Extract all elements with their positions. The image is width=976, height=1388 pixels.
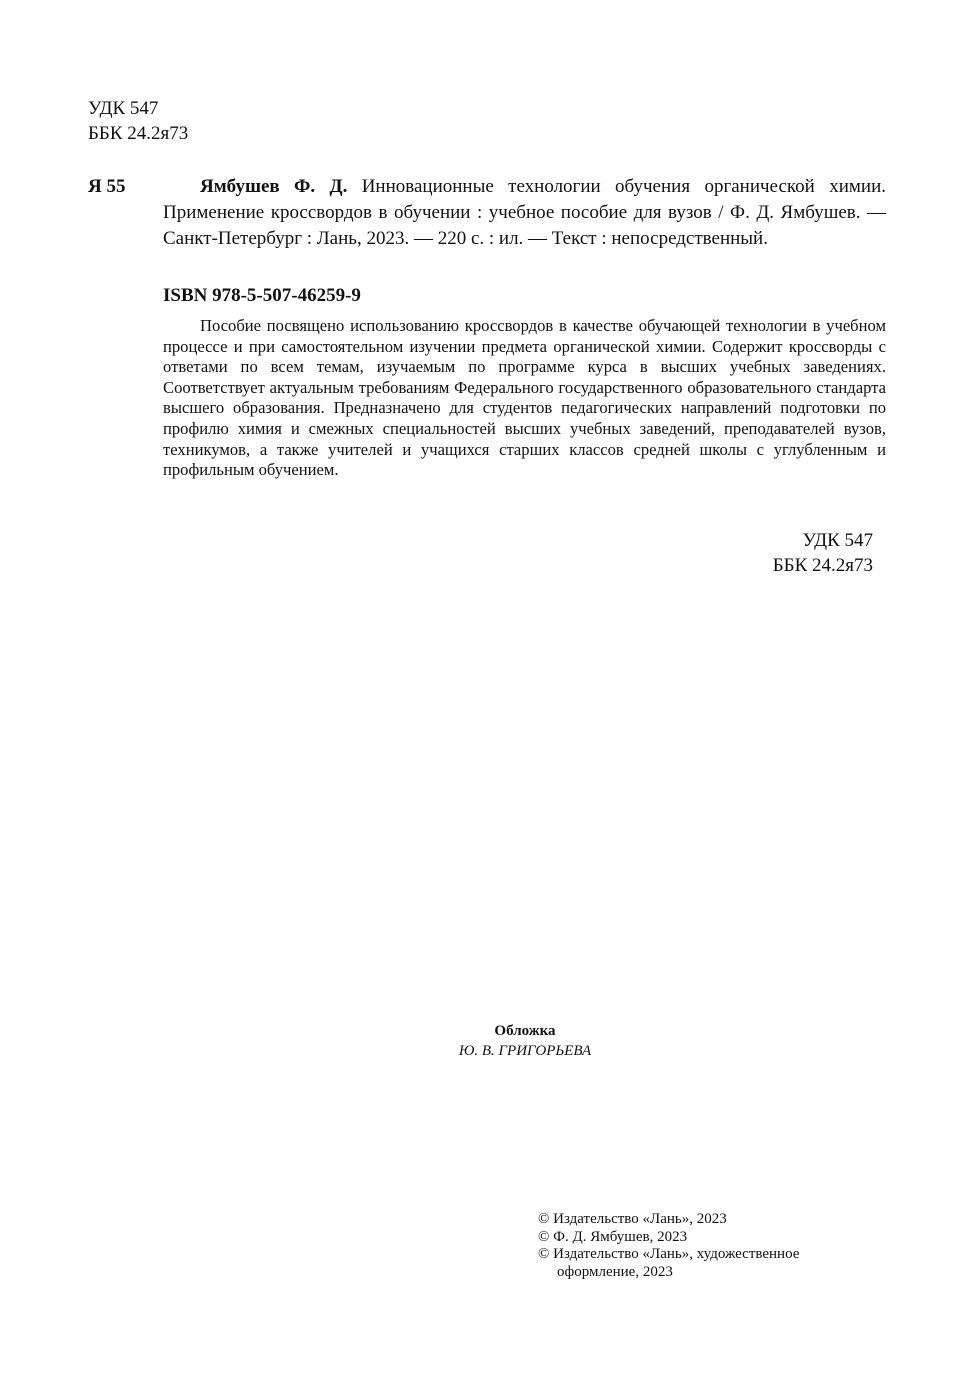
classification-bottom: УДК 547 ББК 24.2я73 — [773, 528, 873, 578]
udk-code: УДК 547 — [88, 96, 188, 121]
copyright-line: оформление, 2023 — [538, 1264, 799, 1282]
copyright-line: © Издательство «Лань», художественное — [538, 1246, 799, 1264]
bbk-code: ББК 24.2я73 — [773, 553, 873, 578]
udk-code: УДК 547 — [773, 528, 873, 553]
cover-credit: Обложка Ю. В. ГРИГОРЬЕВА — [0, 1021, 976, 1061]
cover-label: Обложка — [0, 1021, 976, 1041]
bibliographic-record: Ямбушев Ф. Д. Инновационные технологии о… — [163, 174, 886, 252]
cover-designer: Ю. В. ГРИГОРЬЕВА — [0, 1041, 976, 1061]
bbk-code: ББК 24.2я73 — [88, 121, 188, 146]
isbn: ISBN 978-5-507-46259-9 — [163, 283, 361, 309]
abstract: Пособие посвящено использованию кроссвор… — [163, 316, 886, 481]
author-name: Ямбушев Ф. Д. — [200, 176, 347, 197]
copyright-line: © Ф. Д. Ямбушев, 2023 — [538, 1229, 799, 1247]
copyright-line: © Издательство «Лань», 2023 — [538, 1211, 799, 1229]
copyright-block: © Издательство «Лань», 2023 © Ф. Д. Ямбу… — [538, 1211, 799, 1281]
author-mark: Я 55 — [88, 174, 125, 200]
classification-top: УДК 547 ББК 24.2я73 — [88, 96, 188, 146]
